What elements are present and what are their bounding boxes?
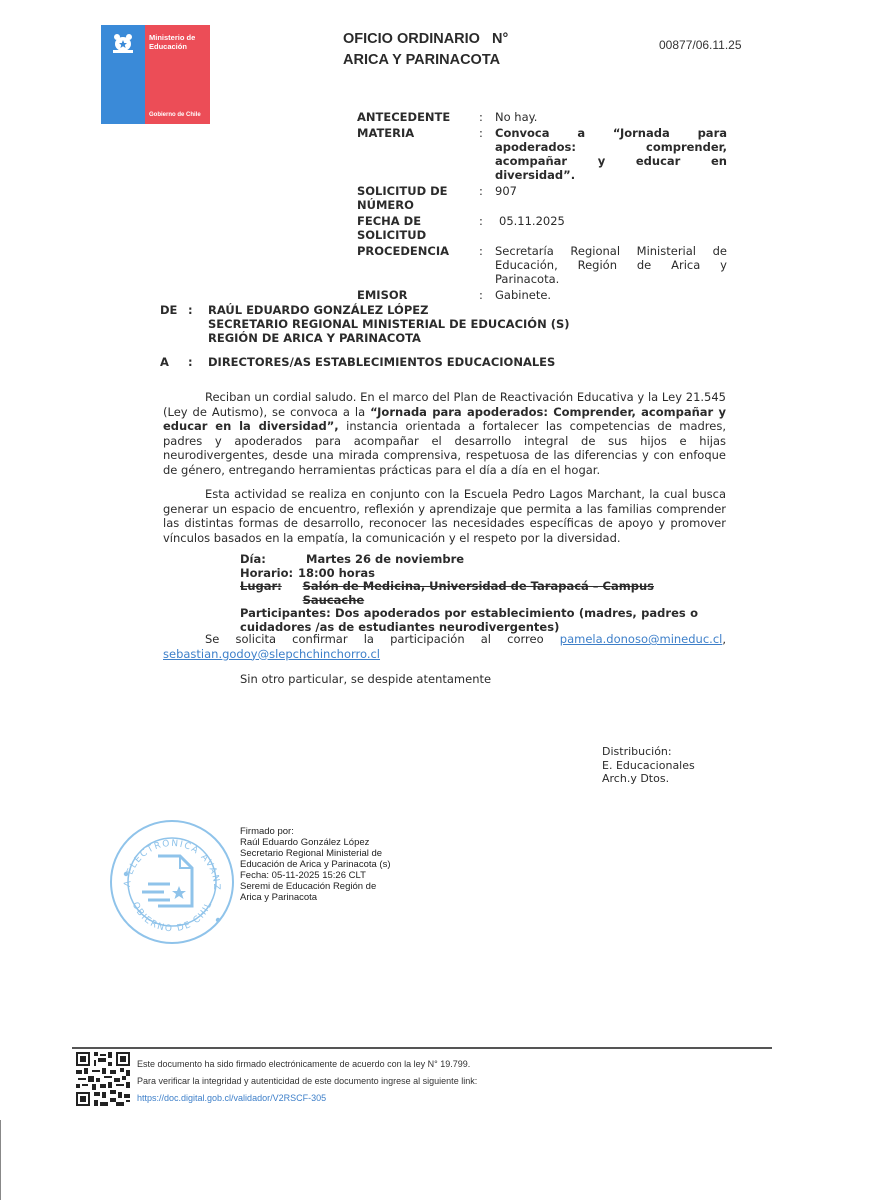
meta-value: Secretaría Regional Ministerial de Educa…	[495, 244, 727, 286]
meta-value: 05.11.2025	[495, 214, 727, 242]
to-recipients: DIRECTORES/AS ESTABLECIMIENTOS EDUCACION…	[208, 355, 555, 369]
signature-line: Fecha: 05-11-2025 15:26 CLT	[240, 870, 391, 881]
from-details: RAÚL EDUARDO GONZÁLEZ LÓPEZ SECRETARIO R…	[208, 303, 570, 345]
signature-line: Raúl Eduardo González López	[240, 837, 391, 848]
electronic-signature-seal-icon: FIRMA ELECTRONICA AVANZADA GOBIERNO DE C…	[108, 818, 236, 946]
footer-line-2: Para verificar la integridad y autentici…	[137, 1073, 477, 1090]
distribution-item: Arch.y Dtos.	[602, 772, 695, 786]
distribution-block: Distribución: E. Educacionales Arch.y Dt…	[602, 745, 695, 786]
event-time-row: Horario: 18:00 horas	[240, 567, 698, 581]
footer-text: Este documento ha sido firmado electróni…	[137, 1056, 477, 1107]
document-title: OFICIO ORDINARIO N° ARICA Y PARINACOTA	[343, 29, 508, 71]
time-value: 18:00 horas	[298, 567, 375, 581]
meta-label: FECHA DE SOLICITUD	[357, 214, 447, 242]
time-label: Horario:	[240, 567, 298, 581]
title-line-2: ARICA Y PARINACOTA	[343, 50, 508, 71]
meta-value: No hay.	[495, 110, 727, 124]
meta-row-emisor: EMISOR : Gabinete.	[357, 288, 727, 302]
paragraph-intro: Reciban un cordial saludo. En el marco d…	[163, 390, 726, 477]
signature-line: Secretario Regional Ministerial de	[240, 848, 391, 859]
from-region: REGIÓN DE ARICA Y PARINACOTA	[208, 331, 570, 345]
reference-number: 00877/06.11.25	[659, 38, 742, 52]
meta-label: MATERIA	[357, 126, 479, 182]
meta-label: PROCEDENCIA	[357, 244, 479, 286]
email-link-sebastian[interactable]: sebastian.godoy@slepchchinchorro.cl	[163, 647, 380, 661]
signature-info: Firmado por: Raúl Eduardo González López…	[240, 826, 391, 903]
from-row: DE : RAÚL EDUARDO GONZÁLEZ LÓPEZ SECRETA…	[160, 303, 570, 345]
from-key: DE	[160, 303, 188, 345]
signature-line: Seremi de Educación Región de	[240, 881, 391, 892]
footer-line-1: Este documento ha sido firmado electróni…	[137, 1056, 477, 1073]
footer-divider	[72, 1047, 772, 1049]
place-label: Lugar:	[240, 580, 303, 607]
closing-line: Sin otro particular, se despide atentame…	[240, 672, 491, 686]
logo-blue-panel	[101, 25, 145, 124]
day-value: Martes 26 de noviembre	[306, 553, 464, 567]
meta-colon: :	[479, 288, 495, 302]
coat-of-arms-icon	[109, 31, 137, 55]
to-key: A	[160, 355, 188, 369]
confirmation-text: Se solicita confirmar la participación a…	[205, 632, 560, 646]
logo-government-text: Gobierno de Chile	[149, 112, 201, 119]
meta-value: 907	[495, 184, 727, 212]
addressing-block: DE : RAÚL EDUARDO GONZÁLEZ LÓPEZ SECRETA…	[160, 303, 570, 369]
svg-text:GOBIERNO DE CHILE: GOBIERNO DE CHILE	[108, 818, 215, 934]
meta-row-procedencia: PROCEDENCIA : Secretaría Regional Minist…	[357, 244, 727, 286]
meta-label: EMISOR	[357, 288, 479, 302]
meta-label: SOLICITUD DE NÚMERO	[357, 184, 465, 212]
meta-row-solicitud-numero: SOLICITUD DE NÚMERO : 907	[357, 184, 727, 212]
title-line-1: OFICIO ORDINARIO N°	[343, 29, 508, 50]
from-position: SECRETARIO REGIONAL MINISTERIAL DE EDUCA…	[208, 317, 570, 331]
scan-edge	[0, 1120, 1, 1200]
paragraph-confirmation: Se solicita confirmar la participación a…	[163, 632, 726, 661]
from-name: RAÚL EDUARDO GONZÁLEZ LÓPEZ	[208, 303, 570, 317]
event-participants-row: Participantes: Dos apoderados por establ…	[240, 607, 698, 634]
meta-colon: :	[479, 214, 495, 242]
signature-line: Educación de Arica y Parinacota (s)	[240, 859, 391, 870]
logo-red-panel: Ministerio de Educación Gobierno de Chil…	[145, 25, 210, 124]
email-link-pamela[interactable]: pamela.donoso@mineduc.cl	[560, 632, 723, 646]
to-row: A : DIRECTORES/AS ESTABLECIMIENTOS EDUCA…	[160, 355, 570, 369]
signature-line: Arica y Parinacota	[240, 892, 391, 903]
from-colon: :	[188, 303, 208, 345]
meta-value: Convoca a “Jornada para apoderados: comp…	[495, 126, 727, 182]
day-label: Día:	[240, 553, 306, 567]
to-colon: :	[188, 355, 208, 369]
meta-colon: :	[479, 244, 495, 286]
distribution-item: E. Educacionales	[602, 759, 695, 773]
meta-row-fecha-solicitud: FECHA DE SOLICITUD : 05.11.2025	[357, 214, 727, 242]
meta-colon: :	[479, 126, 495, 182]
place-value: Salón de Medicina, Universidad de Tarapa…	[303, 580, 698, 607]
ministry-logo: Ministerio de Educación Gobierno de Chil…	[101, 25, 210, 124]
signature-line: Firmado por:	[240, 826, 391, 837]
meta-value: Gabinete.	[495, 288, 727, 302]
meta-row-materia: MATERIA : Convoca a “Jornada para apoder…	[357, 126, 727, 182]
distribution-title: Distribución:	[602, 745, 695, 759]
event-details: Día: Martes 26 de noviembre Horario: 18:…	[240, 553, 698, 634]
participants-label: Participantes:	[240, 606, 331, 620]
meta-colon: :	[479, 184, 495, 212]
meta-table: ANTECEDENTE : No hay. MATERIA : Convoca …	[357, 110, 727, 304]
meta-row-antecedente: ANTECEDENTE : No hay.	[357, 110, 727, 124]
activity-text: Esta actividad se realiza en conjunto co…	[163, 487, 726, 545]
logo-ministry-text: Ministerio de Educación	[149, 33, 210, 51]
qr-code-icon[interactable]	[76, 1052, 130, 1106]
meta-colon: :	[479, 110, 495, 124]
validation-link[interactable]: https://doc.digital.gob.cl/validador/V2R…	[137, 1093, 326, 1103]
event-day-row: Día: Martes 26 de noviembre	[240, 553, 698, 567]
event-place-row: Lugar: Salón de Medicina, Universidad de…	[240, 580, 698, 607]
meta-label: ANTECEDENTE	[357, 110, 479, 124]
paragraph-activity: Esta actividad se realiza en conjunto co…	[163, 487, 726, 545]
